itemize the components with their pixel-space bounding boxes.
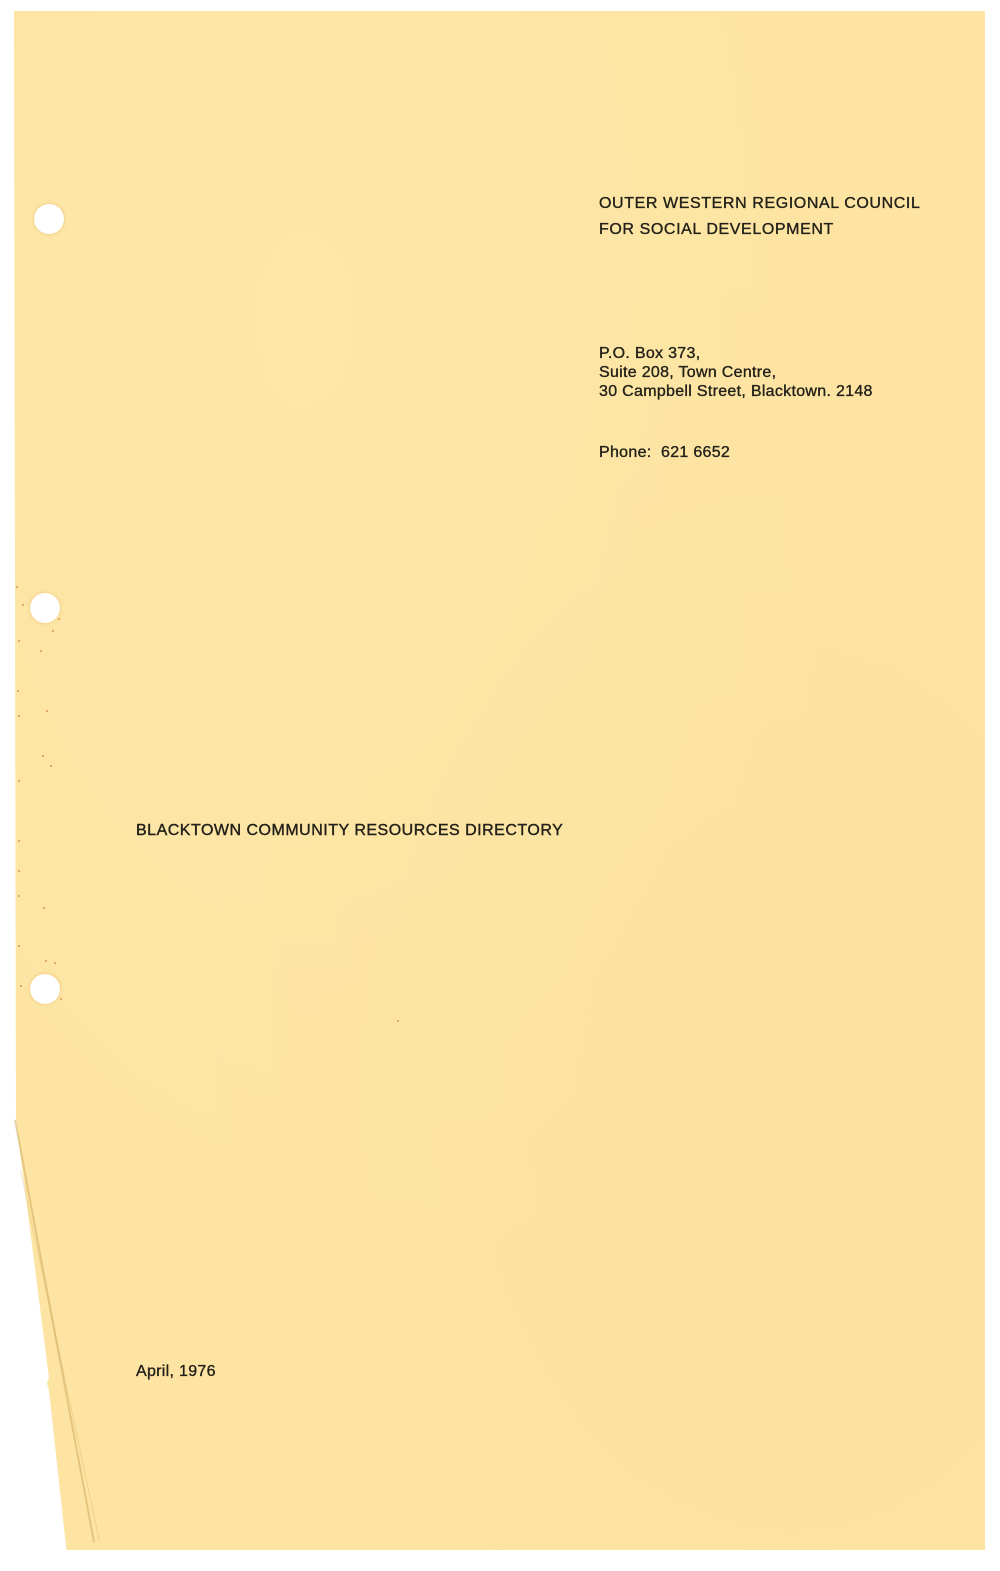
punch-hole-bottom bbox=[30, 974, 60, 1004]
organization-name-line1: OUTER WESTERN REGIONAL COUNCIL bbox=[599, 196, 920, 212]
organization-name-line2: FOR SOCIAL DEVELOPMENT bbox=[599, 222, 834, 238]
phone-number: Phone: 621 6652 bbox=[599, 445, 730, 461]
document-cover-page bbox=[14, 11, 985, 1550]
document-title: BLACKTOWN COMMUNITY RESOURCES DIRECTORY bbox=[136, 823, 563, 839]
publication-date: April, 1976 bbox=[136, 1364, 216, 1380]
address-line3: 30 Campbell Street, Blacktown. 2148 bbox=[599, 384, 873, 400]
address-line1: P.O. Box 373, bbox=[599, 346, 700, 362]
punch-hole-middle bbox=[30, 593, 60, 623]
punch-hole-top bbox=[34, 204, 64, 234]
address-line2: Suite 208, Town Centre, bbox=[599, 365, 776, 381]
